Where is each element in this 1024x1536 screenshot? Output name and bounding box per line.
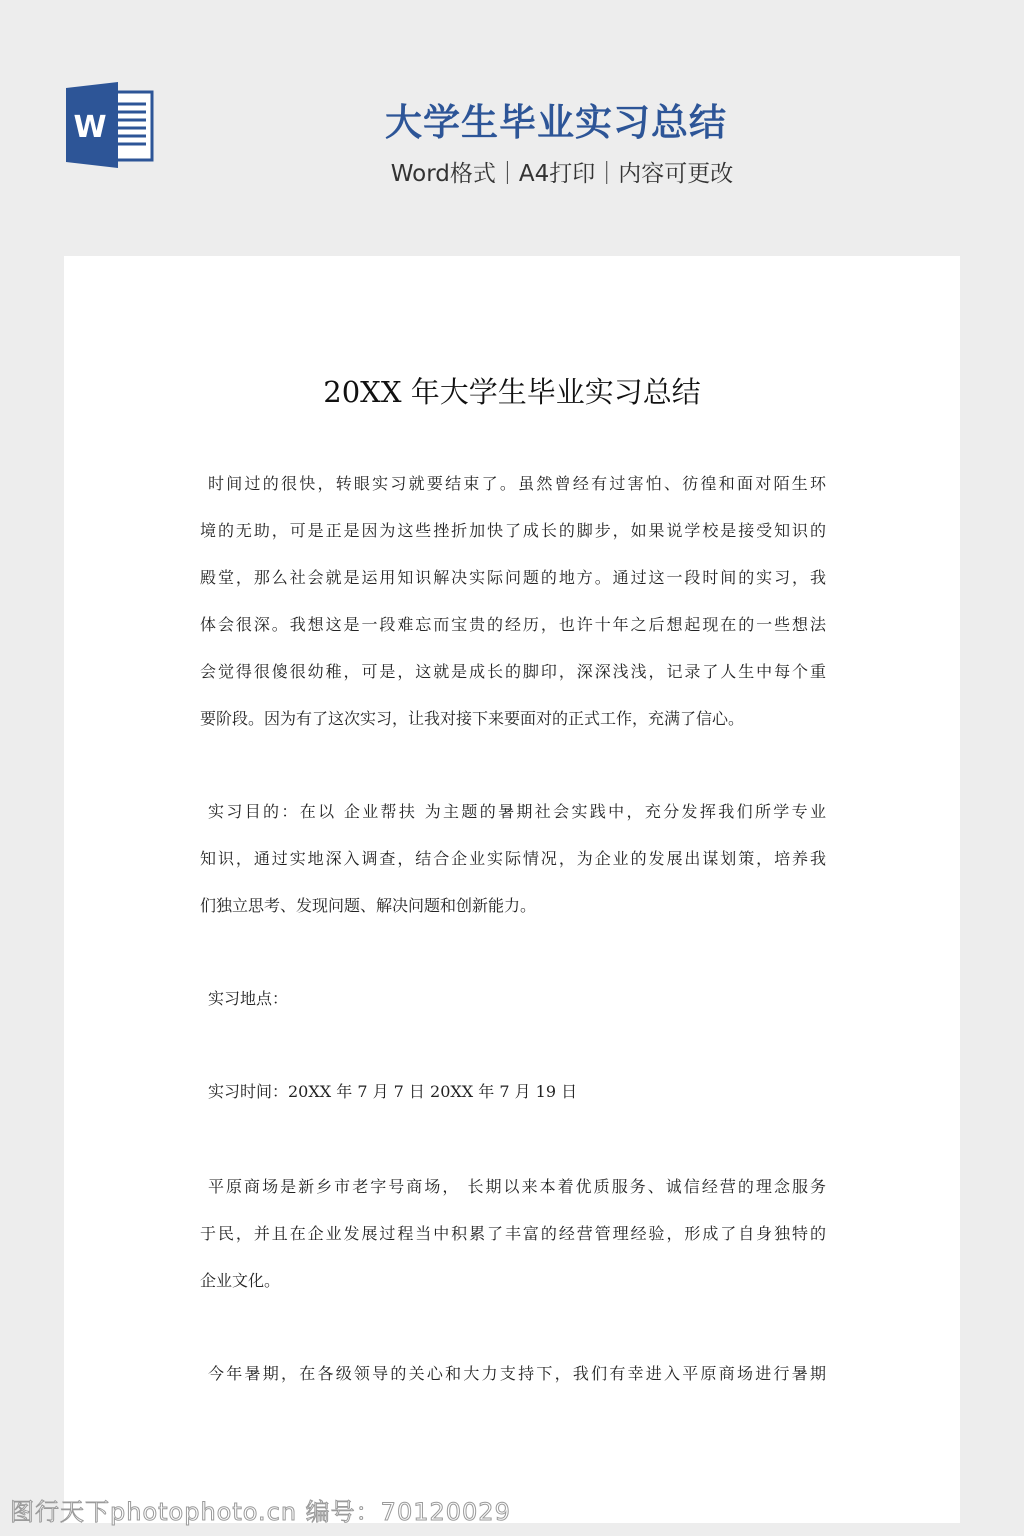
text-line: 境的无助，可是正是因为这些挫折加快了成长的脚步，如果说学校是接受知识的: [200, 507, 826, 554]
header-title: 大学生毕业实习总结: [0, 92, 1024, 146]
document-title: 20XX 年大学生毕业实习总结: [64, 370, 960, 411]
paragraph-company: 平原商场是新乡市老字号商场， 长期以来本着优质服务、诚信经营的理念服务 于民，并…: [200, 1163, 826, 1304]
text-line: 会觉得很傻很幼稚，可是，这就是成长的脚印，深深浅浅，记录了人生中每个重: [200, 648, 826, 695]
text-line: 时间过的很快，转眼实习就要结束了。虽然曾经有过害怕、彷徨和面对陌生环: [200, 460, 826, 507]
paragraph-purpose: 实习目的：在以 企业帮扶 为主题的暑期社会实践中，充分发挥我们所学专业 知识，通…: [200, 788, 826, 929]
paragraph-summer: 今年暑期，在各级领导的关心和大力支持下，我们有幸进入平原商场进行暑期: [200, 1350, 826, 1397]
text-line: 实习目的：在以 企业帮扶 为主题的暑期社会实践中，充分发挥我们所学专业: [200, 788, 826, 835]
text-line: 于民，并且在企业发展过程当中积累了丰富的经营管理经验，形成了自身独特的: [200, 1210, 826, 1257]
text-line: 殿堂，那么社会就是运用知识解决实际问题的地方。通过这一段时间的实习，我: [200, 554, 826, 601]
text-line: 实习时间：20XX 年 7 月 7 日 20XX 年 7 月 19 日: [200, 1068, 826, 1115]
text-line: 平原商场是新乡市老字号商场， 长期以来本着优质服务、诚信经营的理念服务: [200, 1163, 826, 1210]
paragraph-intro: 时间过的很快，转眼实习就要结束了。虽然曾经有过害怕、彷徨和面对陌生环 境的无助，…: [200, 460, 826, 742]
text-line: 们独立思考、发现问题、解决问题和创新能力。: [200, 882, 826, 929]
header-subtitle: Word格式｜A4打印｜内容可更改: [0, 155, 1024, 188]
paragraph-location: 实习地点：: [200, 975, 826, 1022]
text-line: 体会很深。我想这是一段难忘而宝贵的经历，也许十年之后想起现在的一些想法: [200, 601, 826, 648]
text-line: 要阶段。因为有了这次实习，让我对接下来要面对的正式工作，充满了信心。: [200, 695, 826, 742]
watermark-text: 图行天下photophoto.cn 编号：70120029: [10, 1492, 511, 1527]
text-line: 今年暑期，在各级领导的关心和大力支持下，我们有幸进入平原商场进行暑期: [200, 1350, 826, 1397]
text-line: 知识，通过实地深入调查，结合企业实际情况，为企业的发展出谋划策，培养我: [200, 835, 826, 882]
document-page: 20XX 年大学生毕业实习总结 时间过的很快，转眼实习就要结束了。虽然曾经有过害…: [64, 256, 960, 1523]
text-line: 实习地点：: [200, 975, 826, 1022]
text-line: 企业文化。: [200, 1257, 826, 1304]
paragraph-time: 实习时间：20XX 年 7 月 7 日 20XX 年 7 月 19 日: [200, 1068, 826, 1115]
